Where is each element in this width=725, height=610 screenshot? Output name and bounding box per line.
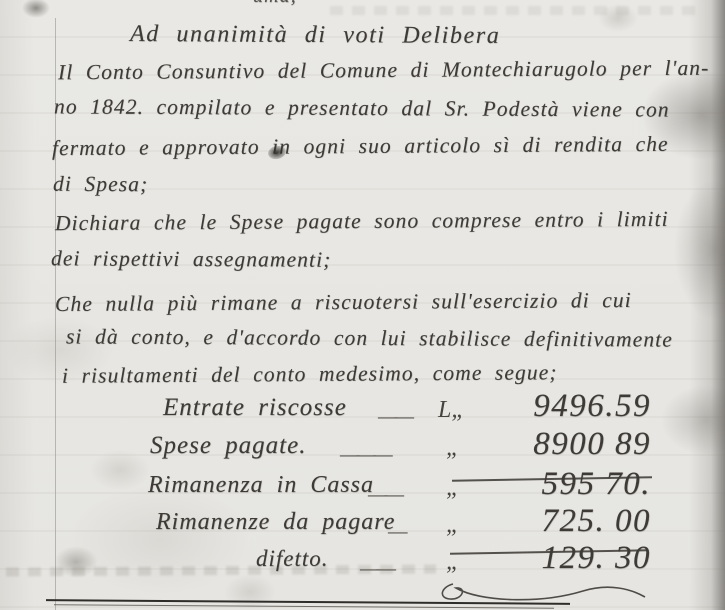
- ditto-mark: „: [446, 435, 459, 462]
- dash-leader: —: [388, 518, 405, 544]
- manuscript-line: i risultamenti del conto medesimo, come …: [62, 360, 558, 388]
- manuscript-line: Il Conto Consuntivo del Comune di Montec…: [58, 56, 710, 86]
- manuscript-line: fermato e approvato in ogni suo articolo…: [52, 132, 669, 161]
- account-label: Rimanenze da pagare: [156, 509, 395, 536]
- account-label: difetto.: [256, 546, 329, 572]
- dash-leader: ——: [360, 555, 393, 581]
- account-row: Spese pagate. ——— „ 8900 89: [0, 432, 725, 470]
- bleedthrough-ghost-text: [330, 6, 700, 15]
- manuscript-line: si dà conto, e d'accordo con lui stabili…: [66, 324, 673, 352]
- ditto-mark: „: [446, 512, 459, 539]
- manuscript-line: dei rispettivi assegnamenti;: [51, 246, 332, 272]
- lire-currency-symbol: L„: [438, 397, 465, 424]
- ditto-mark: „: [446, 475, 459, 502]
- account-amount: 725. 00: [542, 503, 652, 540]
- account-label: Entrate riscosse: [163, 394, 347, 422]
- dash-leader: ——: [378, 403, 411, 429]
- account-amount: 595 70.: [542, 466, 652, 503]
- manuscript-line: no 1842. compilato e presentato dal Sr. …: [54, 94, 670, 122]
- account-label: Spese pagate.: [150, 432, 306, 460]
- account-label: Rimanenza in Cassa: [148, 472, 374, 499]
- account-amount: 9496.59: [533, 388, 651, 425]
- dash-leader: ——: [368, 481, 401, 507]
- top-clipped-line: uma,: [253, 0, 297, 8]
- manuscript-page: uma, Ad unanimità di voti Delibera Il Co…: [0, 0, 725, 610]
- account-amount: 8900 89: [533, 426, 651, 463]
- ditto-mark: „: [446, 549, 459, 576]
- account-amount: 129. 30: [542, 540, 652, 577]
- manuscript-line: Dichiara che le Spese pagate sono compre…: [55, 207, 669, 236]
- manuscript-line: Che nulla più rimane a riscuotersi sull'…: [55, 288, 632, 317]
- deliberation-heading: Ad unanimità di voti Delibera: [130, 21, 501, 50]
- dash-leader: ———: [340, 441, 390, 467]
- manuscript-line: di Spesa;: [53, 172, 148, 197]
